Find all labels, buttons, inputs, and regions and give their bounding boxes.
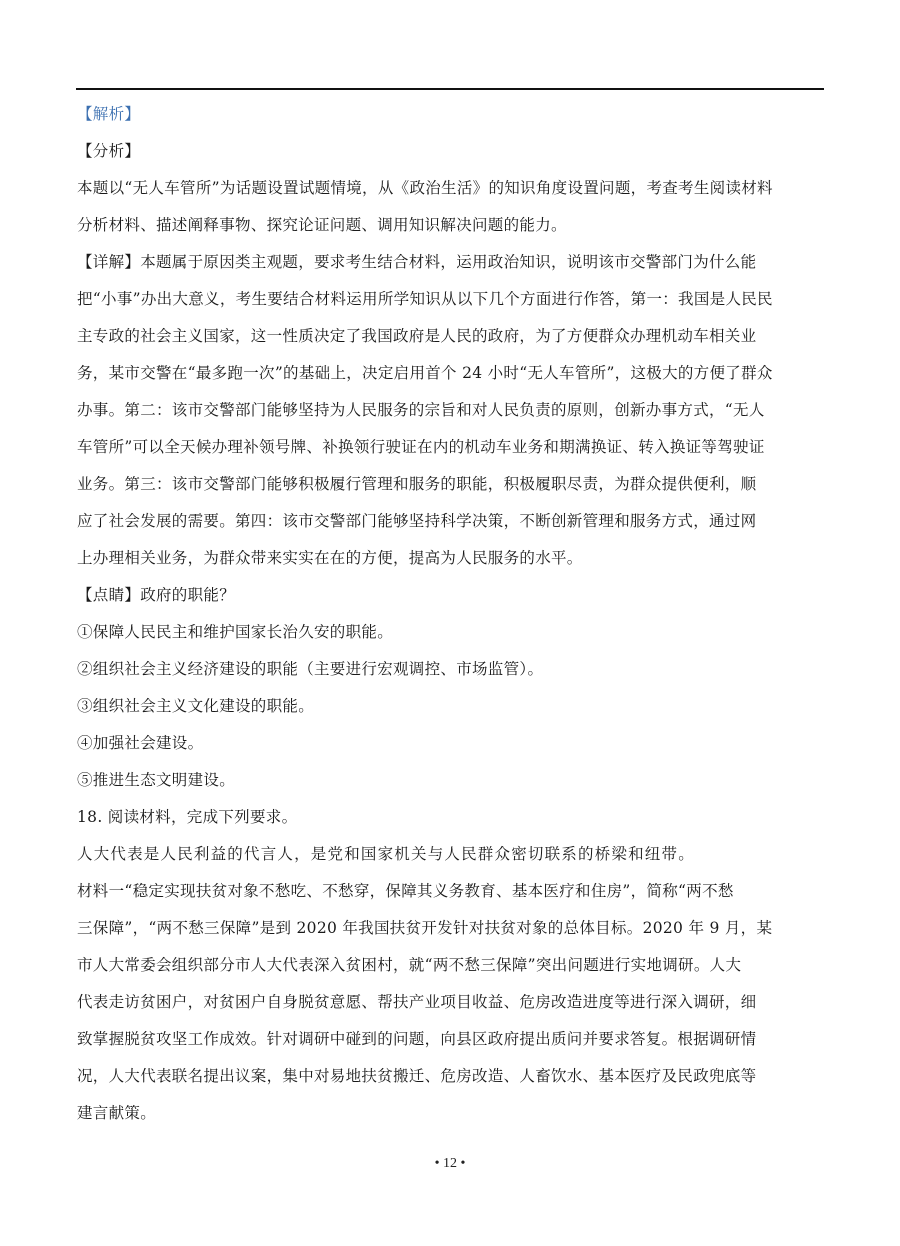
document-page: 【解析】 【分析】 本题以“无人车管所”为话题设置试题情境，从《政治生活》的知识… — [77, 96, 825, 1132]
material-line: 市人大常委会组织部分市人大代表深入贫困村，就“两不愁三保障”突出问题进行实地调研… — [77, 947, 825, 984]
tips-item: ④加强社会建设。 — [77, 725, 825, 762]
header-rule — [76, 88, 824, 90]
tips-title: 【点睛】政府的职能？ — [77, 577, 825, 614]
detail-line: 上办理相关业务，为群众带来实实在在的方便，提高为人民服务的水平。 — [77, 540, 825, 577]
material-line: 三保障”，“两不愁三保障”是到 2020 年我国扶贫开发针对扶贫对象的总体目标。… — [77, 910, 825, 947]
material-line: 致掌握脱贫攻坚工作成效。针对调研中碰到的问题，向县区政府提出质问并要求答复。根据… — [77, 1021, 825, 1058]
tips-item: ①保障人民民主和维护国家长治久安的职能。 — [77, 614, 825, 651]
detail-line: 办事。第二：该市交警部门能够坚持为人民服务的宗旨和对人民负责的原则，创新办事方式… — [77, 392, 825, 429]
analysis-line: 分析材料、描述阐释事物、探究论证问题、调用知识解决问题的能力。 — [77, 207, 825, 244]
material-line: 代表走访贫困户，对贫困户自身脱贫意愿、帮扶产业项目收益、危房改造进度等进行深入调… — [77, 984, 825, 1021]
tips-item: ⑤推进生态文明建设。 — [77, 762, 825, 799]
material-line: 况，人大代表联名提出议案，集中对易地扶贫搬迁、危房改造、人畜饮水、基本医疗及民政… — [77, 1058, 825, 1095]
detail-line: 车管所”可以全天候办理补领号牌、补换领行驶证在内的机动车业务和期满换证、转入换证… — [77, 429, 825, 466]
tips-item: ②组织社会主义经济建设的职能（主要进行宏观调控、市场监管）。 — [77, 651, 825, 688]
detail-line: 务，某市交警在“最多跑一次”的基础上，决定启用首个 24 小时“无人车管所”，这… — [77, 355, 825, 392]
page-number: • 12 • — [0, 1156, 900, 1172]
analysis-line: 本题以“无人车管所”为话题设置试题情境，从《政治生活》的知识角度设置问题，考查考… — [77, 170, 825, 207]
question-title: 18. 阅读材料，完成下列要求。 — [77, 799, 825, 836]
jiexi-label: 【解析】 — [77, 96, 825, 133]
material-line: 材料一“稳定实现扶贫对象不愁吃、不愁穿，保障其义务教育、基本医疗和住房”，简称“… — [77, 873, 825, 910]
question-intro: 人大代表是人民利益的代言人，是党和国家机关与人民群众密切联系的桥梁和纽带。 — [77, 836, 825, 873]
detail-line: 主专政的社会主义国家，这一性质决定了我国政府是人民的政府，为了方便群众办理机动车… — [77, 318, 825, 355]
detail-line: 业务。第三：该市交警部门能够积极履行管理和服务的职能，积极履职尽责，为群众提供便… — [77, 466, 825, 503]
material-line: 建言献策。 — [77, 1095, 825, 1132]
analysis-label: 【分析】 — [77, 133, 825, 170]
detail-line: 把“小事”办出大意义，考生要结合材料运用所学知识从以下几个方面进行作答，第一：我… — [77, 281, 825, 318]
detail-line: 应了社会发展的需要。第四：该市交警部门能够坚持科学决策，不断创新管理和服务方式，… — [77, 503, 825, 540]
detail-line: 【详解】本题属于原因类主观题，要求考生结合材料，运用政治知识，说明该市交警部门为… — [77, 244, 825, 281]
tips-item: ③组织社会主义文化建设的职能。 — [77, 688, 825, 725]
